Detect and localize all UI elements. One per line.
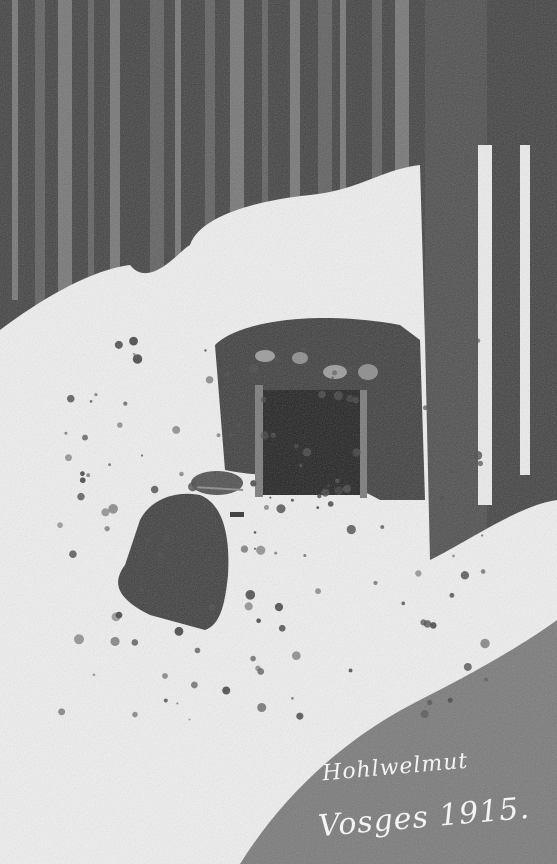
artwork-illustration (0, 0, 557, 864)
artwork-canvas: Hohlwelmut Vosges 1915. (0, 0, 557, 864)
